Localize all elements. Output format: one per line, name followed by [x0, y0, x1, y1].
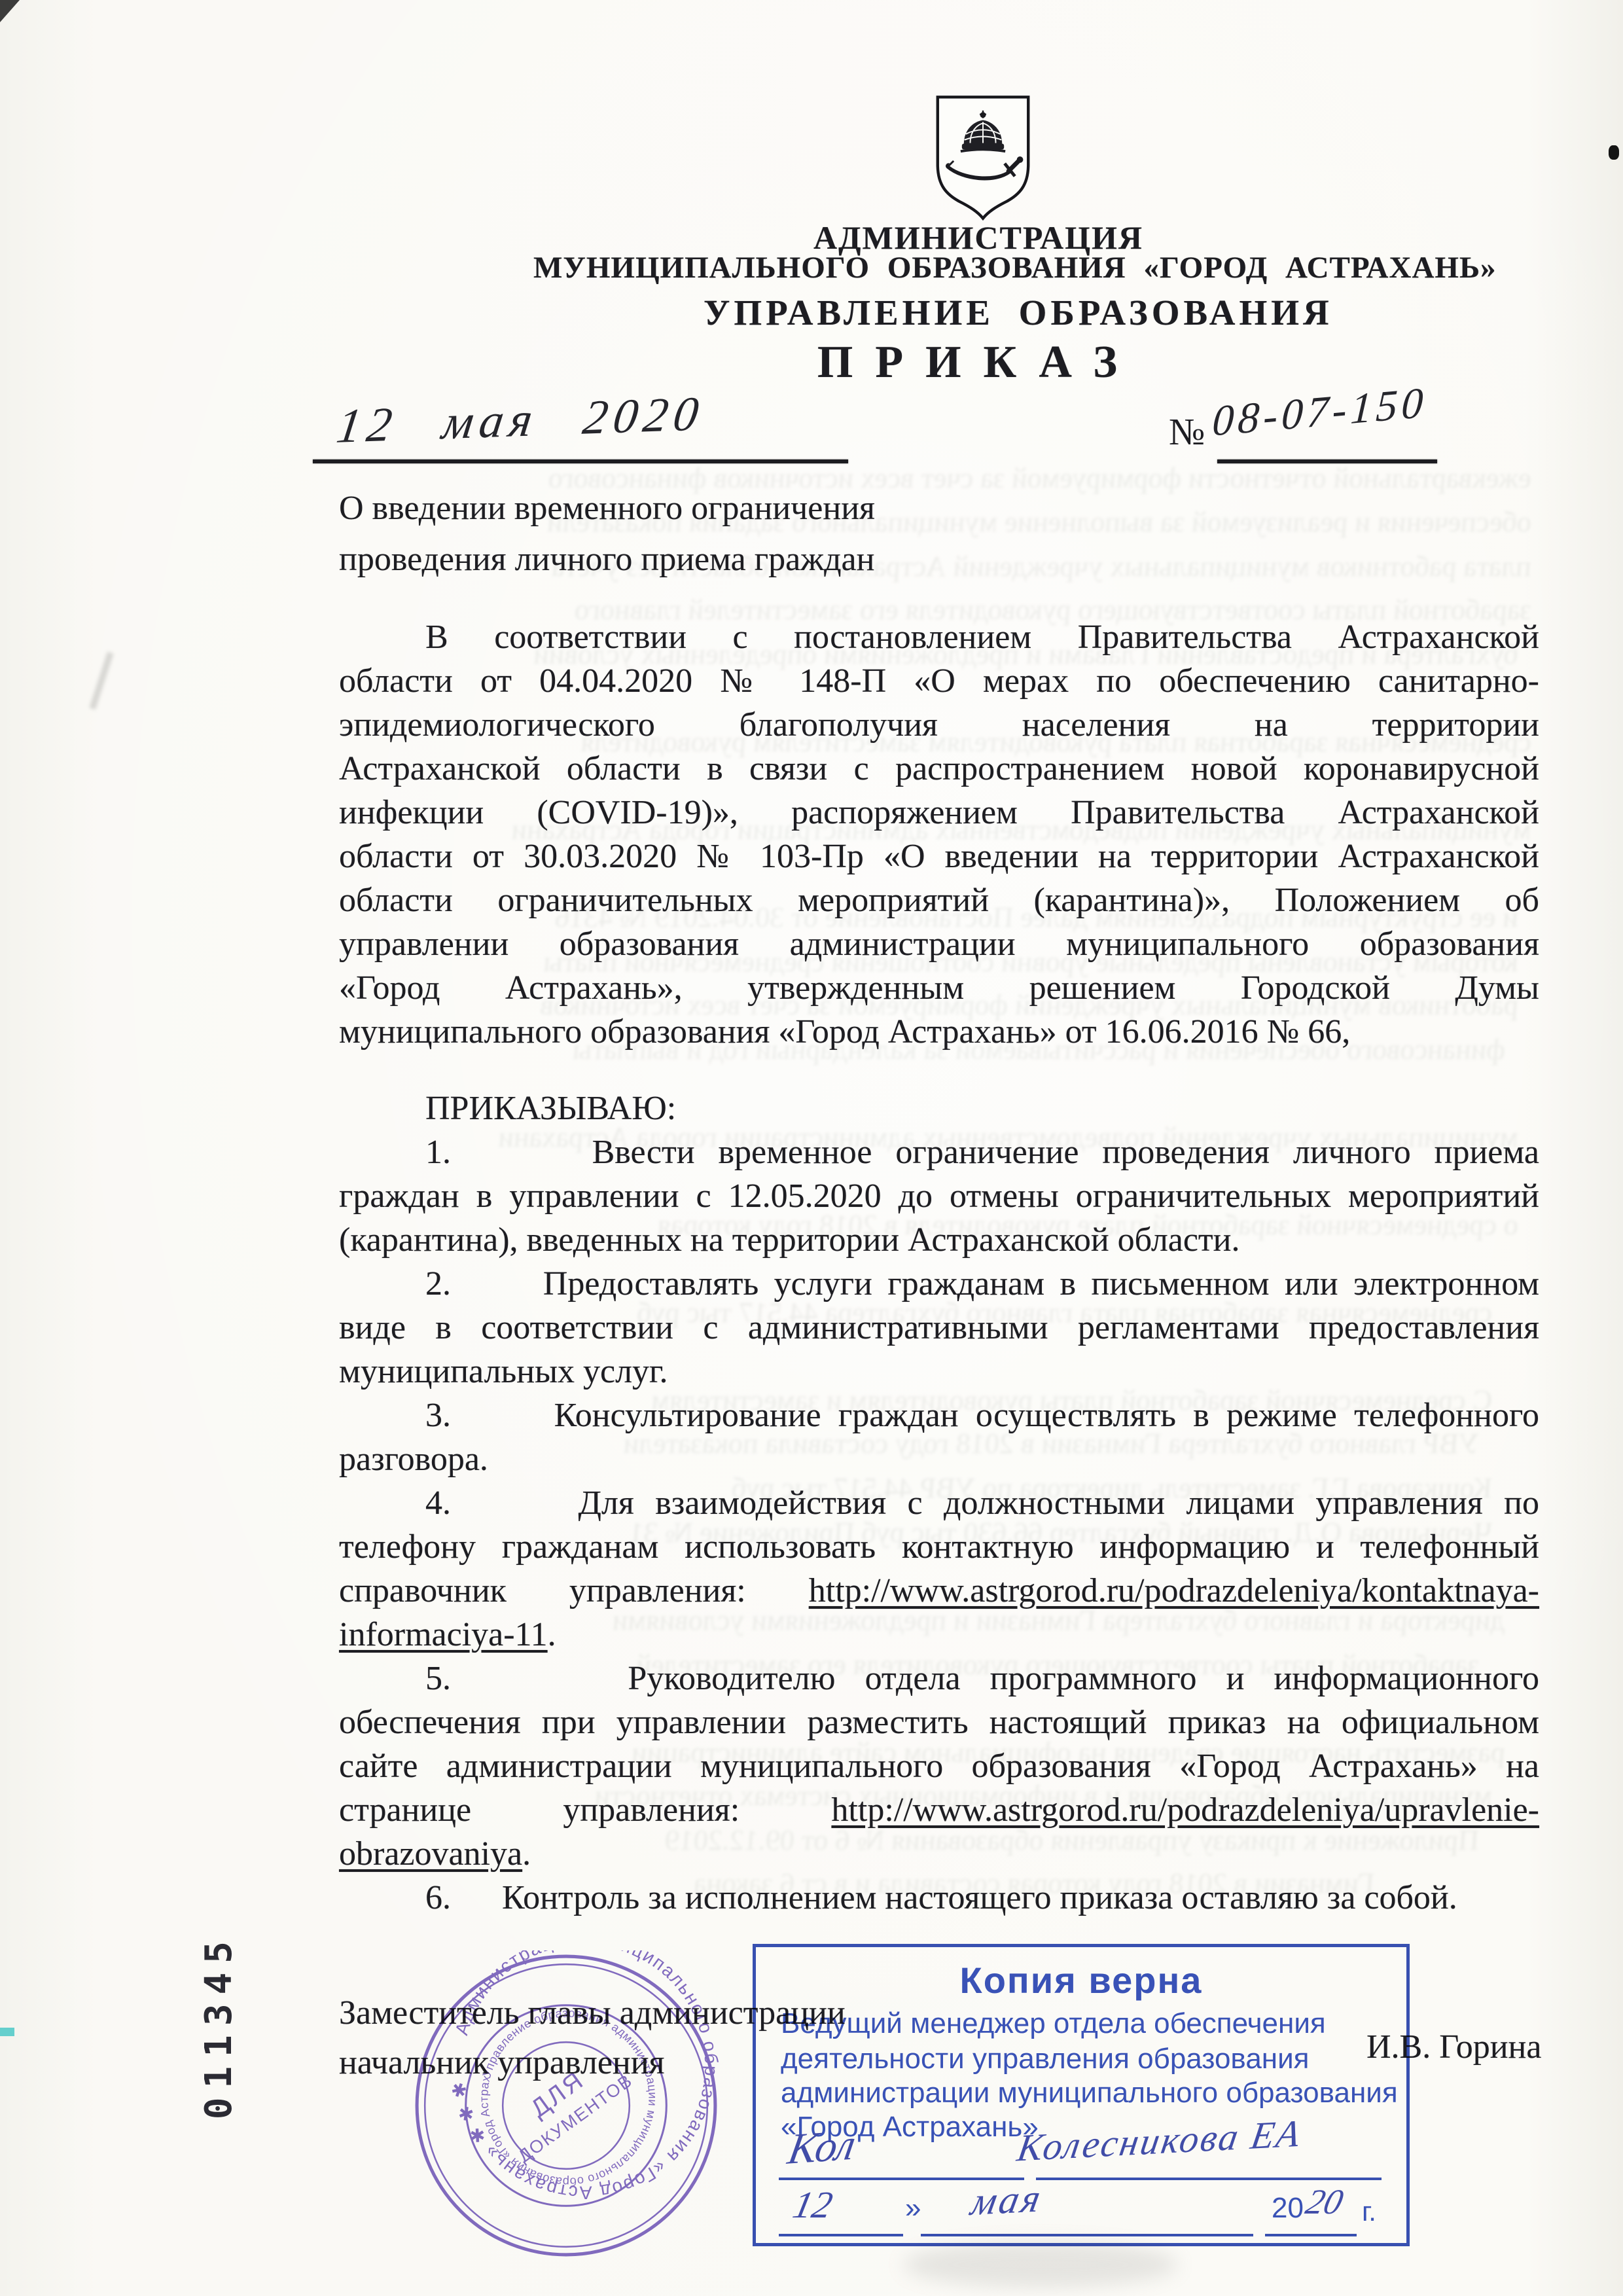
body-line: эпидемиологического благополучия населен… — [339, 703, 1539, 747]
registration-side-number: 011345 — [198, 1932, 240, 2119]
body-line: странице управления: http://www.astrgoro… — [339, 1788, 1539, 1832]
org-name-line2: МУНИЦИПАЛЬНОГО ОБРАЗОВАНИЯ «ГОРОД АСТРАХ… — [533, 250, 1423, 285]
body-line: obrazovaniya. — [339, 1832, 1539, 1876]
copy-stamp-date-day: 12 — [789, 2183, 836, 2227]
copy-stamp-date-underline2 — [921, 2234, 1253, 2236]
number-underline — [1217, 459, 1437, 463]
copy-stamp-year-script: 20 — [1302, 2181, 1347, 2222]
body-line: В соответствии с постановлением Правител… — [339, 615, 1539, 659]
copy-stamp-signature: Кол — [784, 2120, 859, 2175]
body-line: инфекции (COVID-19)», распоряжением Прав… — [339, 791, 1539, 834]
round-seal-stamp: Администрация муниципального образования… — [411, 1950, 721, 2264]
subject-line2: проведения личного приема граждан — [339, 534, 980, 585]
number-sign-label: № — [1169, 410, 1205, 454]
coat-of-arms-icon — [932, 92, 1034, 226]
body-line: informaciya-11. — [339, 1613, 1539, 1657]
body-line: граждан в управлении с 12.05.2020 до отм… — [339, 1174, 1539, 1218]
body-line: области от 04.04.2020 № 148-П «О мерах п… — [339, 659, 1539, 703]
copy-stamp-year-suffix: г. — [1362, 2196, 1376, 2227]
copy-stamp-line3: администрации муниципального образования — [781, 2077, 1398, 2109]
body-line: телефону гражданам использовать контактн… — [339, 1525, 1539, 1569]
date-underline — [313, 459, 848, 463]
body-line: 4. Для взаимодействия с должностными лиц… — [339, 1481, 1539, 1525]
copy-stamp-line1: Ведущий менеджер отдела обеспечения — [781, 2007, 1326, 2040]
body-line: Астраханской области в связи с распростр… — [339, 747, 1539, 791]
body-line: 6. Контроль за исполнением настоящего пр… — [339, 1876, 1539, 1920]
copy-stamp-title: Копия верна — [756, 1959, 1406, 2001]
body-line: (карантина), введенных на территории Аст… — [339, 1218, 1539, 1262]
doc-type-title: ПРИКАЗ — [808, 336, 1149, 389]
copy-stamp-name-underline — [1036, 2178, 1382, 2180]
body-line: виде в соответствии с административными … — [339, 1306, 1539, 1350]
body-line: управлении образования администрации мун… — [339, 922, 1539, 966]
copy-stamp-date-quote: » — [905, 2192, 921, 2225]
body-line: 3. Консультирование граждан осуществлять… — [339, 1393, 1539, 1437]
body-line: ПРИКАЗЫВАЮ: — [339, 1086, 1539, 1130]
body-line: 1. Ввести временное ограничение проведен… — [339, 1130, 1539, 1174]
body-line: 5. Руководителю отдела программного и ин… — [339, 1657, 1539, 1700]
body-line: области ограничительных мероприятий (кар… — [339, 878, 1539, 922]
body-line: обеспечения при управлении разместить на… — [339, 1700, 1539, 1744]
copy-stamp-signer-name: Колесникова ЕА — [1014, 2111, 1305, 2170]
body-line: разговора. — [339, 1437, 1539, 1481]
copy-stamp-line2: деятельности управления образования — [781, 2043, 1310, 2075]
body-line: «Город Астрахань», утвержденным решением… — [339, 966, 1539, 1010]
scanned-order-page: ежеквартальной отчетности формируемой за… — [0, 0, 1623, 2296]
org-name-line3: УПРАВЛЕНИЕ ОБРАЗОВАНИЯ — [704, 292, 1253, 333]
body-line: области от 30.03.2020 № 103-Пр «О введен… — [339, 834, 1539, 878]
copy-stamp-year-printed: 20 — [1272, 2192, 1304, 2225]
copy-stamp-date-month: мая — [967, 2176, 1047, 2225]
copy-stamp-date-underline3 — [1265, 2234, 1357, 2236]
body-line: муниципальных услуг. — [339, 1350, 1539, 1393]
order-subject: О введении временного ограничения провед… — [339, 483, 980, 585]
copy-stamp-date-underline1 — [779, 2234, 903, 2236]
subject-line1: О введении временного ограничения — [339, 483, 980, 534]
body-line: справочник управления: http://www.astrgo… — [339, 1569, 1539, 1613]
body-line: сайте администрации муниципального образ… — [339, 1744, 1539, 1788]
copy-certification-stamp: Копия верна Ведущий менеджер отдела обес… — [753, 1944, 1410, 2246]
body-line: муниципального образования «Город Астрах… — [339, 1010, 1539, 1054]
order-body: В соответствии с постановлением Правител… — [339, 615, 1539, 1920]
body-line: 2. Предоставлять услуги гражданам в пись… — [339, 1262, 1539, 1306]
